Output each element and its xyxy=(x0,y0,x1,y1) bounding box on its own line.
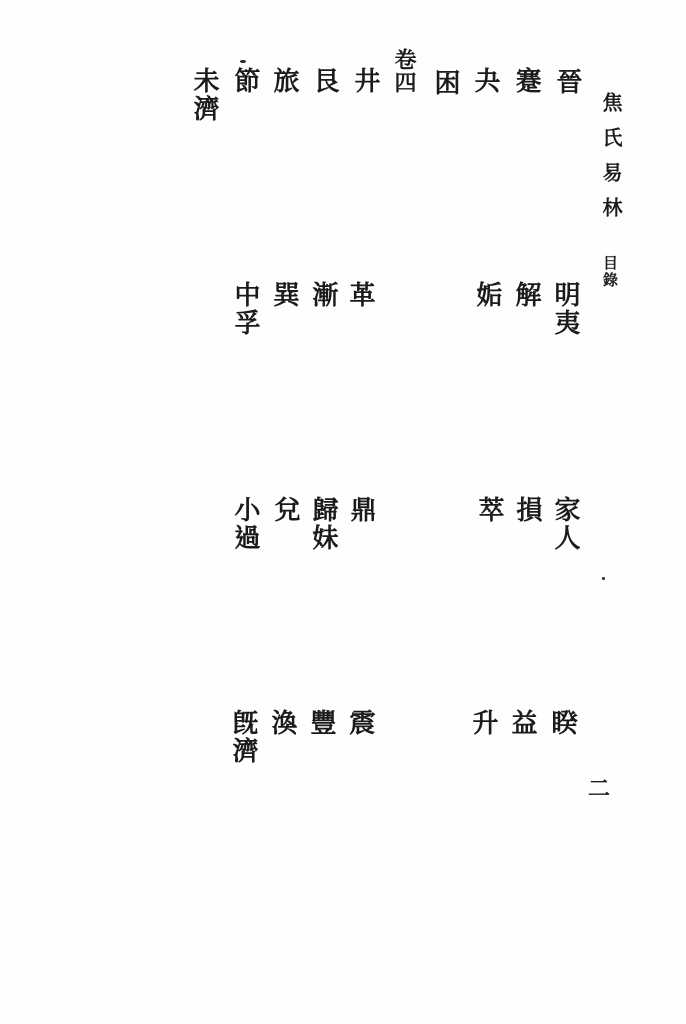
hexagram-sheng: 升 xyxy=(465,709,502,737)
hexagram-sun: 損 xyxy=(509,496,546,524)
hexagram-jian-gradual: 漸 xyxy=(305,281,342,309)
hexagram-kui: 睽 xyxy=(544,709,581,737)
hexagram-zhongfu: 中孚 xyxy=(227,281,264,337)
hexagram-jin: 晉 xyxy=(549,68,586,96)
hexagram-zhen: 震 xyxy=(342,709,379,737)
hexagram-xie: 解 xyxy=(508,281,545,309)
section-title: 目錄 xyxy=(599,255,620,289)
hexagram-jiaren: 家人 xyxy=(547,496,584,552)
hexagram-xun: 巽 xyxy=(266,281,303,309)
hexagram-kun: 困 xyxy=(427,69,464,97)
hexagram-guimei: 歸妹 xyxy=(305,496,342,552)
hexagram-lv: 旅 xyxy=(266,67,303,95)
hexagram-jing-well: 井 xyxy=(347,67,384,95)
scan-speck xyxy=(602,577,605,580)
hexagram-jiji: 旣濟 xyxy=(225,709,262,765)
hexagram-huan: 渙 xyxy=(264,709,301,737)
hexagram-guai: 夬 xyxy=(467,67,504,95)
hexagram-xiaoguo: 小過 xyxy=(227,496,264,552)
hexagram-yi: 益 xyxy=(504,709,541,737)
hexagram-gen: 艮 xyxy=(306,67,343,95)
scanned-page: 焦氏易林 目錄 卷四 晉 明夷 家人 睽 蹇 解 損 益 夬 姤 萃 升 困 井… xyxy=(0,0,686,1024)
hexagram-cui: 萃 xyxy=(471,496,508,524)
hexagram-jie: 節 xyxy=(227,67,264,95)
hexagram-mingyi: 明夷 xyxy=(547,281,584,337)
hexagram-gou: 姤 xyxy=(469,281,506,309)
scan-speck xyxy=(240,60,246,63)
hexagram-jian: 蹇 xyxy=(508,67,545,95)
hexagram-weiji: 未濟 xyxy=(186,67,223,123)
volume-heading: 卷四 xyxy=(389,48,420,94)
hexagram-ge: 革 xyxy=(342,281,379,309)
hexagram-dui: 兌 xyxy=(267,496,304,524)
book-title: 焦氏易林 xyxy=(596,92,625,232)
hexagram-feng: 豐 xyxy=(303,709,340,737)
page-number: 二 xyxy=(588,772,610,803)
hexagram-ding: 鼎 xyxy=(343,496,380,524)
